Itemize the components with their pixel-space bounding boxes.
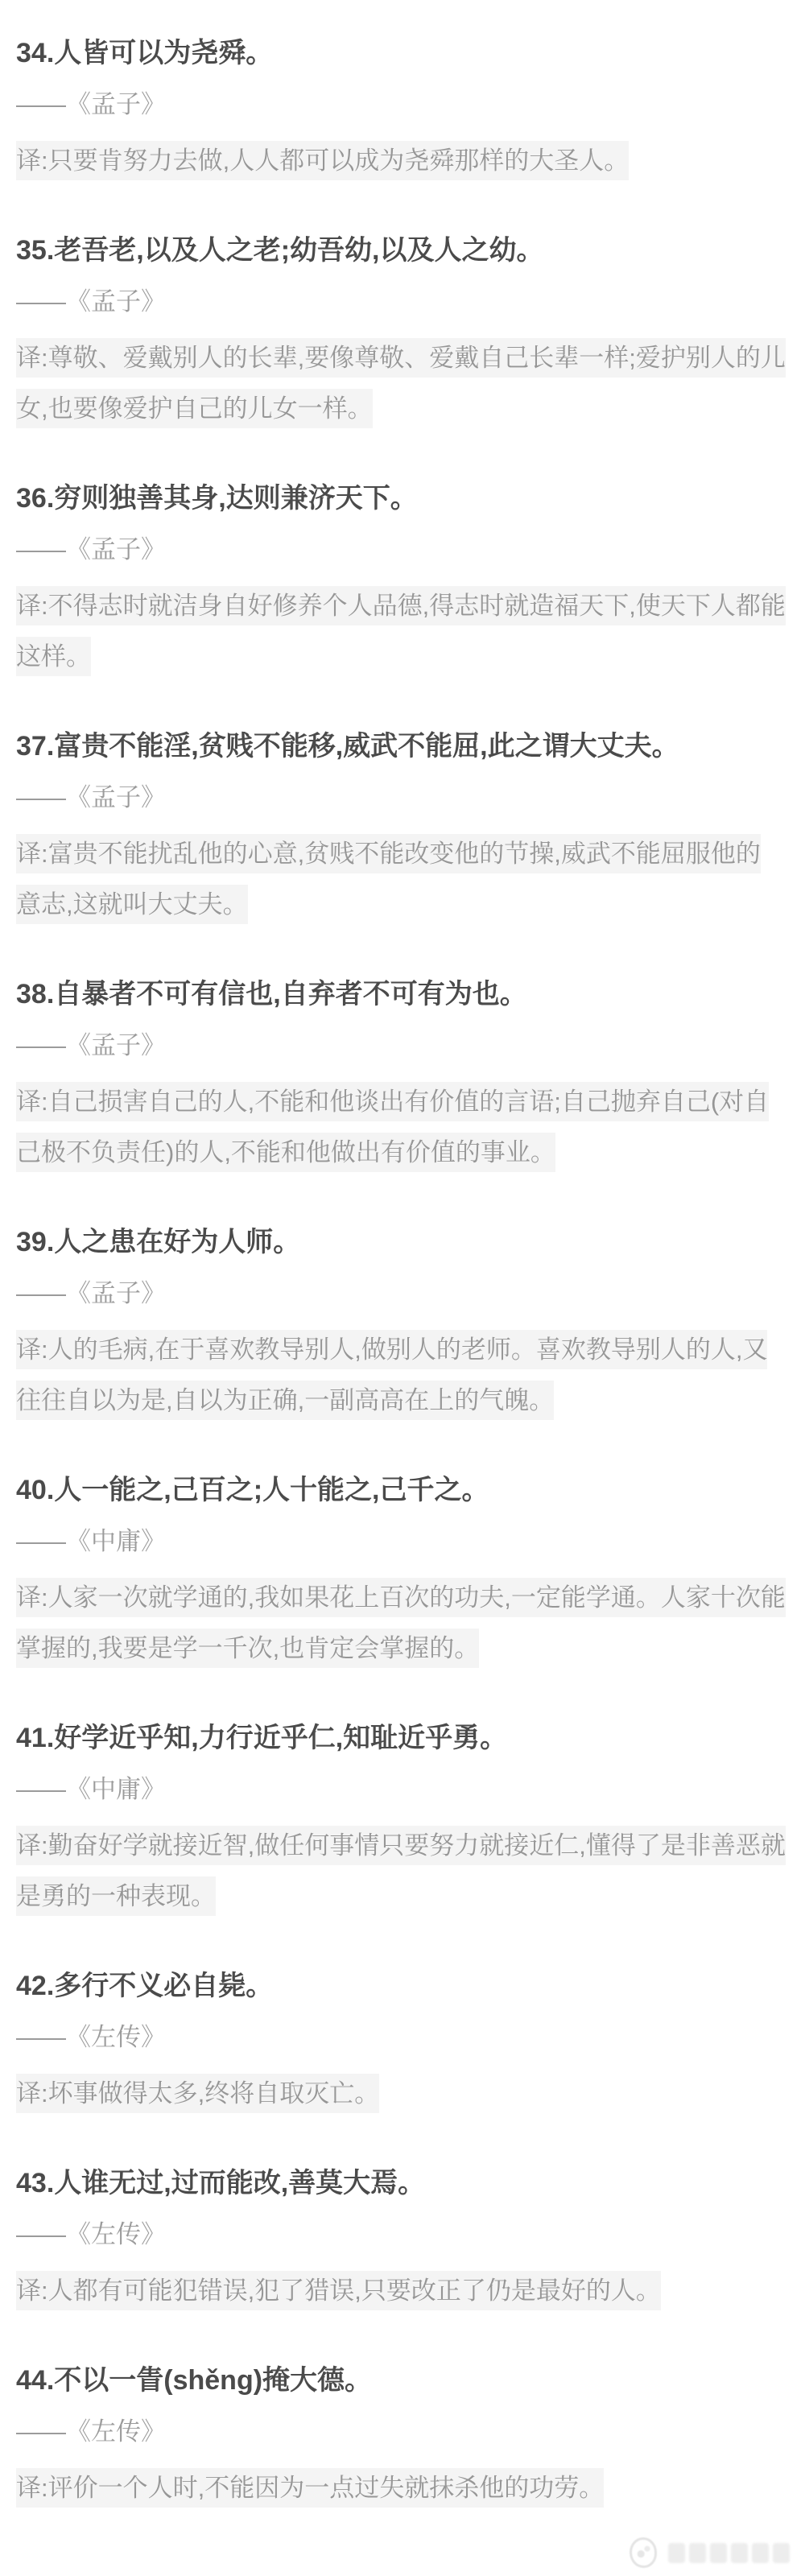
quote-translation-text: 译:人家一次就学通的,我如果花上百次的功夫,一定能学通。人家十次能掌握的,我要是… [16, 1578, 786, 1668]
quote-item: 39.人之患在好为人师。 ——《孟子》 译:人的毛病,在于喜欢教导别人,做别人的… [16, 1224, 789, 1426]
quote-translation: 译:坏事做得太多,终将自取灭亡。 [16, 2068, 789, 2119]
quote-source: ——《孟子》 [16, 782, 789, 814]
quote-translation-text: 译:人都有可能犯错误,犯了猎误,只要改正了仍是最好的人。 [16, 2271, 661, 2310]
quote-source: ——《中庸》 [16, 1773, 789, 1806]
quote-translation-text: 译:勤奋好学就接近智,做任何事情只要努力就接近仁,懂得了是非善恶就是勇的一种表现… [16, 1826, 786, 1916]
quote-item: 35.老吾老,以及人之老;幼吾幼,以及人之幼。 ——《孟子》 译:尊敬、爱戴别人… [16, 233, 789, 434]
quote-translation-text: 译:评价一个人时,不能因为一点过失就抹杀他的功劳。 [16, 2468, 604, 2508]
quote-heading: 43.人谁无过,过而能改,善莫大焉。 [16, 2165, 789, 2201]
quote-heading: 37.富贵不能淫,贫贱不能移,威武不能屈,此之谓大丈夫。 [16, 729, 789, 764]
quote-heading: 40.人一能之,己百之;人十能之,己千之。 [16, 1472, 789, 1508]
quote-source: ——《左传》 [16, 2021, 789, 2054]
quote-heading: 39.人之患在好为人师。 [16, 1224, 789, 1260]
quote-item: 36.穷则独善其身,达则兼济天下。 ——《孟子》 译:不得志时就洁身自好修养个人… [16, 481, 789, 682]
watermark-glyph-blur [710, 2543, 727, 2563]
quote-translation-text: 译:不得志时就洁身自好修养个人品德,得志时就造福天下,使天下人都能这样。 [16, 586, 786, 676]
quote-translation-text: 译:自己损害自己的人,不能和他谈出有价值的言语;自己抛弃自己(对自己极不负责任)… [16, 1082, 769, 1172]
quote-item: 41.好学近乎知,力行近乎仁,知耻近乎勇。 ——《中庸》 译:勤奋好学就接近智,… [16, 1720, 789, 1922]
quote-source: ——《左传》 [16, 2219, 789, 2251]
quote-item: 34.人皆可以为尧舜。 ——《孟子》 译:只要肯努力去做,人人都可以成为尧舜那样… [16, 35, 789, 186]
quote-heading: 34.人皆可以为尧舜。 [16, 35, 789, 71]
quote-source: ——《左传》 [16, 2416, 789, 2448]
quote-translation: 译:尊敬、爱戴别人的长辈,要像尊敬、爱戴自己长辈一样;爱护别人的儿女,也要像爱护… [16, 332, 789, 434]
quote-translation: 译:自己损害自己的人,不能和他谈出有价值的言语;自己抛弃自己(对自己极不负责任)… [16, 1076, 789, 1178]
quote-heading: 38.自暴者不可有信也,自弃者不可有为也。 [16, 976, 789, 1012]
quote-translation-text: 译:尊敬、爱戴别人的长辈,要像尊敬、爱戴自己长辈一样;爱护别人的儿女,也要像爱护… [16, 338, 786, 428]
quote-item: 44.不以一眚(shěng)掩大德。 ——《左传》 译:评价一个人时,不能因为一… [16, 2363, 789, 2513]
quote-heading: 41.好学近乎知,力行近乎仁,知耻近乎勇。 [16, 1720, 789, 1756]
quote-source: ——《孟子》 [16, 534, 789, 566]
quote-item: 37.富贵不能淫,贫贱不能移,威武不能屈,此之谓大丈夫。 ——《孟子》 译:富贵… [16, 729, 789, 930]
quote-translation-text: 译:富贵不能扰乱他的心意,贫贱不能改变他的节操,威武不能屈服他的 意志,这就叫大… [16, 834, 761, 924]
quote-translation-text: 译:人的毛病,在于喜欢教导别人,做别人的老师。喜欢教导别人的人,又往往自以为是,… [16, 1330, 767, 1420]
watermark-glyph-blur [752, 2543, 769, 2563]
quote-item: 38.自暴者不可有信也,自弃者不可有为也。 ——《孟子》 译:自己损害自己的人,… [16, 976, 789, 1178]
quote-source: ——《孟子》 [16, 286, 789, 318]
quote-translation: 译:人的毛病,在于喜欢教导别人,做别人的老师。喜欢教导别人的人,又往往自以为是,… [16, 1324, 789, 1426]
quote-translation: 译:人都有可能犯错误,犯了猎误,只要改正了仍是最好的人。 [16, 2265, 789, 2316]
quote-item: 43.人谁无过,过而能改,善莫大焉。 ——《左传》 译:人都有可能犯错误,犯了猎… [16, 2165, 789, 2316]
quote-item: 42.多行不义必自毙。 ——《左传》 译:坏事做得太多,终将自取灭亡。 [16, 1968, 789, 2119]
watermark [630, 2536, 794, 2570]
quote-heading: 36.穷则独善其身,达则兼济天下。 [16, 481, 789, 516]
quote-translation: 译:人家一次就学通的,我如果花上百次的功夫,一定能学通。人家十次能掌握的,我要是… [16, 1572, 789, 1674]
watermark-glyph-blur [668, 2543, 685, 2563]
quote-heading: 42.多行不义必自毙。 [16, 1968, 789, 2004]
quote-heading: 44.不以一眚(shěng)掩大德。 [16, 2363, 789, 2398]
quote-translation: 译:评价一个人时,不能因为一点过失就抹杀他的功劳。 [16, 2462, 789, 2513]
quote-translation: 译:不得志时就洁身自好修养个人品德,得志时就造福天下,使天下人都能这样。 [16, 580, 789, 682]
watermark-glyph-blur [773, 2543, 790, 2563]
quote-source: ——《中庸》 [16, 1525, 789, 1558]
quote-translation: 译:富贵不能扰乱他的心意,贫贱不能改变他的节操,威武不能屈服他的 意志,这就叫大… [16, 828, 789, 930]
quote-translation: 译:勤奋好学就接近智,做任何事情只要努力就接近仁,懂得了是非善恶就是勇的一种表现… [16, 1820, 789, 1922]
weibo-logo-icon [630, 2537, 657, 2568]
quote-translation-text: 译:只要肯努力去做,人人都可以成为尧舜那样的大圣人。 [16, 141, 629, 180]
quote-source: ——《孟子》 [16, 89, 789, 121]
watermark-glyph-blur [689, 2543, 706, 2563]
watermark-glyph-blur [731, 2543, 748, 2563]
quote-translation: 译:只要肯努力去做,人人都可以成为尧舜那样的大圣人。 [16, 135, 789, 186]
quote-source: ——《孟子》 [16, 1278, 789, 1310]
quote-item: 40.人一能之,己百之;人十能之,己千之。 ——《中庸》 译:人家一次就学通的,… [16, 1472, 789, 1674]
quote-translation-text: 译:坏事做得太多,终将自取灭亡。 [16, 2074, 379, 2113]
quote-list: 34.人皆可以为尧舜。 ——《孟子》 译:只要肯努力去做,人人都可以成为尧舜那样… [0, 0, 805, 2513]
quote-heading: 35.老吾老,以及人之老;幼吾幼,以及人之幼。 [16, 233, 789, 268]
quote-source: ——《孟子》 [16, 1030, 789, 1062]
